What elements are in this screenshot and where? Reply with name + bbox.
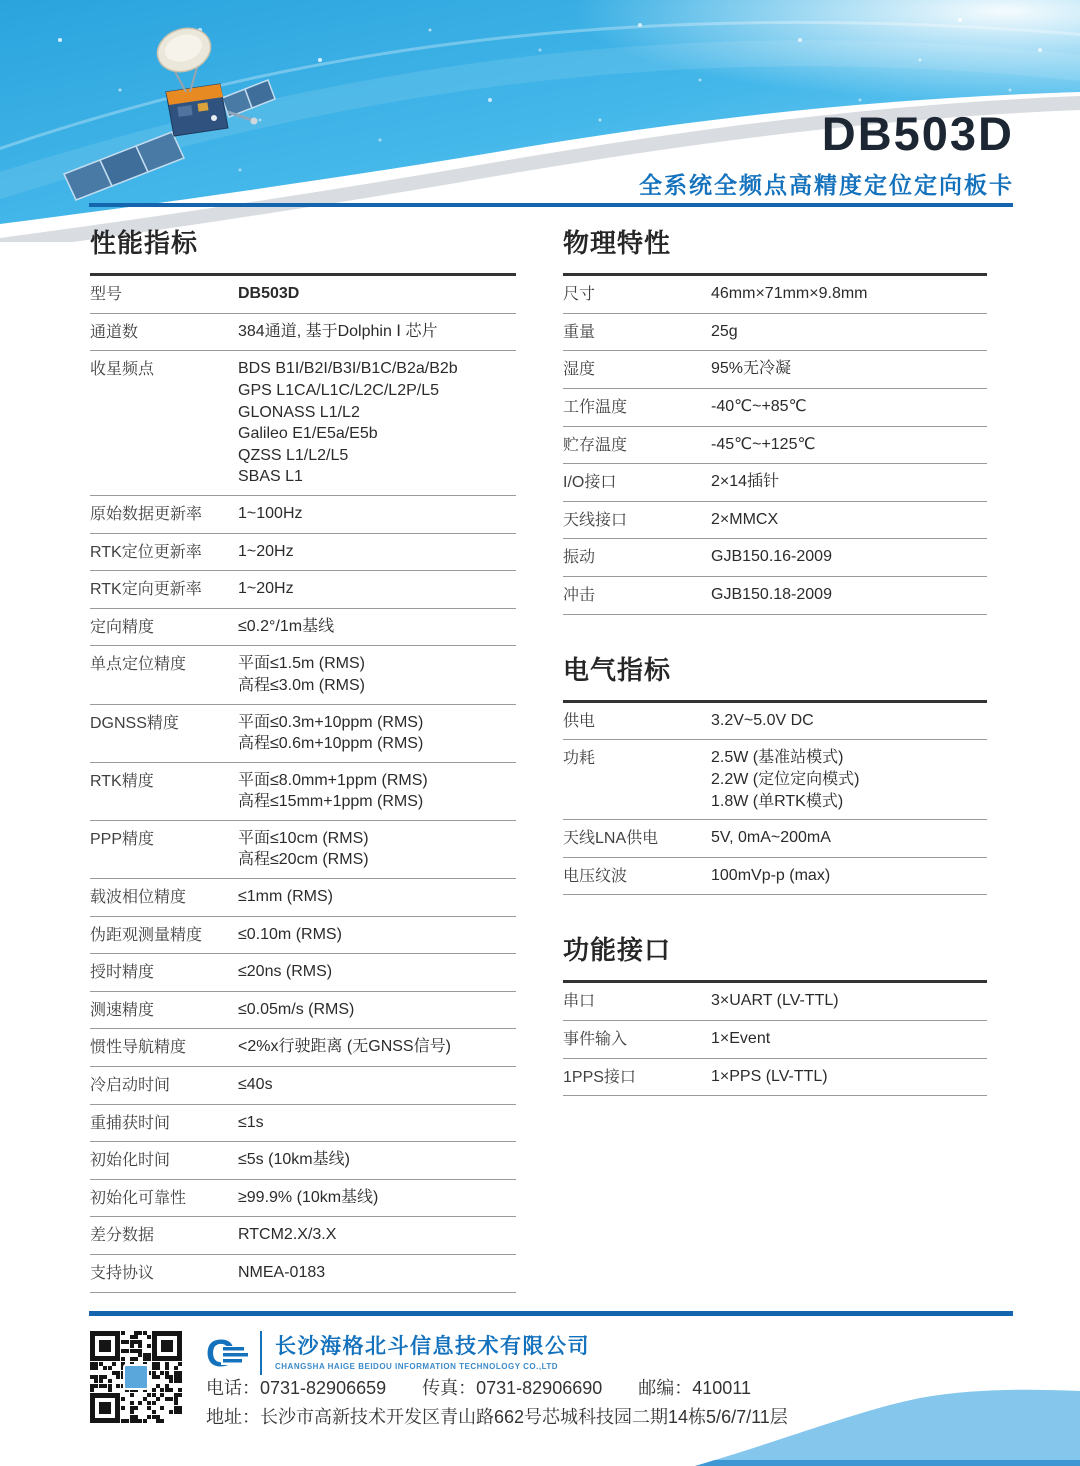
spec-value: DB503D [238, 283, 299, 305]
spec-label: 1PPS接口 [563, 1066, 711, 1089]
phone-label: 电话： [206, 1378, 260, 1398]
qr-module [121, 1340, 125, 1344]
table-row: 型号DB503D [90, 276, 516, 314]
company-name-en: CHANGSHA HAIGE BEIDOU INFORMATION TECHNO… [275, 1362, 590, 1371]
qr-module [165, 1371, 169, 1375]
table-row: 定向精度≤0.2°/1m基线 [90, 609, 516, 647]
qr-module [178, 1393, 182, 1397]
spec-label: 供电 [563, 710, 711, 733]
spec-label: PPP精度 [90, 828, 238, 851]
spec-label: 初始化可靠性 [90, 1187, 238, 1210]
qr-module [147, 1335, 151, 1339]
table-row: 重捕获时间≤1s [90, 1105, 516, 1143]
qr-module [174, 1379, 178, 1383]
logo-divider [260, 1331, 262, 1375]
qr-module [94, 1375, 98, 1379]
spec-value: 3×UART (LV-TTL) [711, 990, 839, 1012]
qr-module [108, 1366, 112, 1370]
qr-module [178, 1406, 182, 1410]
qr-module [130, 1393, 134, 1397]
company-logo-row: G 长沙海格北斗信息技术有限公司 CHANGSHA HAIGE BEIDOU I… [206, 1328, 590, 1378]
spec-value: ≤0.2°/1m基线 [238, 616, 334, 638]
qr-module [103, 1375, 107, 1379]
qr-module [147, 1353, 151, 1357]
qr-module [125, 1340, 129, 1344]
spec-value: 1~20Hz [238, 578, 294, 600]
table-row: 差分数据RTCM2.X/3.X [90, 1217, 516, 1255]
spec-label: 天线接口 [563, 509, 711, 532]
section-title-interfaces: 功能接口 [563, 935, 987, 966]
qr-module [121, 1357, 125, 1361]
spec-value: -40℃~+85℃ [711, 396, 807, 418]
table-row: RTK精度平面≤8.0mm+1ppm (RMS) 高程≤15mm+1ppm (R… [90, 763, 516, 821]
qr-code [90, 1331, 182, 1423]
qr-module [147, 1357, 151, 1361]
spec-value: 平面≤10cm (RMS) 高程≤20cm (RMS) [238, 828, 369, 871]
spec-label: 初始化时间 [90, 1149, 238, 1172]
qr-module [156, 1362, 160, 1366]
table-row: RTK定位更新率1~20Hz [90, 534, 516, 572]
spec-value: 1×Event [711, 1028, 770, 1050]
qr-module [94, 1379, 98, 1383]
qr-module [174, 1406, 178, 1410]
spec-value: 2×MMCX [711, 509, 778, 531]
table-row: RTK定向更新率1~20Hz [90, 571, 516, 609]
table-row: DGNSS精度平面≤0.3m+10ppm (RMS) 高程≤0.6m+10ppm… [90, 705, 516, 763]
qr-module [90, 1366, 94, 1370]
qr-module [160, 1371, 164, 1375]
qr-module [165, 1362, 169, 1366]
spec-value: <2%x行驶距离 (无GNSS信号) [238, 1036, 451, 1058]
qr-module [99, 1375, 103, 1379]
qr-module [99, 1362, 103, 1366]
table-row: 天线LNA供电5V, 0mA~200mA [563, 820, 987, 858]
address-label: 地址： [206, 1407, 260, 1427]
table-row: 天线接口2×MMCX [563, 502, 987, 540]
qr-module [130, 1401, 134, 1405]
spec-label: 天线LNA供电 [563, 827, 711, 850]
spec-value: NMEA-0183 [238, 1262, 325, 1284]
spec-label: RTK定向更新率 [90, 578, 238, 601]
qr-module [138, 1419, 142, 1423]
qr-module [165, 1397, 169, 1401]
qr-module [99, 1384, 103, 1388]
table-row: 通道数384通道, 基于Dolphin Ⅰ 芯片 [90, 314, 516, 352]
spec-value: 25g [711, 321, 738, 343]
qr-module [130, 1410, 134, 1414]
spec-value: 2×14插针 [711, 471, 779, 493]
qr-module [165, 1384, 169, 1388]
qr-module [169, 1388, 173, 1392]
table-row: 冲击GJB150.18-2009 [563, 577, 987, 615]
qr-module [130, 1344, 134, 1348]
qr-finder [90, 1331, 120, 1361]
title-block: DB503D 全系统全频点高精度定位定向板卡 [639, 110, 1014, 200]
spec-value: 1~100Hz [238, 503, 303, 525]
qr-module [94, 1384, 98, 1388]
qr-module [165, 1375, 169, 1379]
spec-label: 工作温度 [563, 396, 711, 419]
spec-label: 型号 [90, 283, 238, 306]
qr-module [121, 1406, 125, 1410]
table-row: 初始化时间≤5s (10km基线) [90, 1142, 516, 1180]
qr-module [178, 1410, 182, 1414]
qr-module [174, 1410, 178, 1414]
spec-value: ≤0.05m/s (RMS) [238, 999, 354, 1021]
qr-module [116, 1384, 120, 1388]
qr-module [169, 1410, 173, 1414]
qr-module [125, 1349, 129, 1353]
qr-module [156, 1384, 160, 1388]
spec-value: 1~20Hz [238, 541, 294, 563]
spec-value: GJB150.16-2009 [711, 546, 832, 568]
table-row: 振动GJB150.16-2009 [563, 539, 987, 577]
section-title-physical: 物理特性 [563, 228, 987, 259]
qr-module [152, 1388, 156, 1392]
spec-value: 5V, 0mA~200mA [711, 827, 831, 849]
qr-module [160, 1406, 164, 1410]
spec-label: 事件输入 [563, 1028, 711, 1051]
qr-module [147, 1344, 151, 1348]
spec-label: 尺寸 [563, 283, 711, 306]
qr-module [147, 1415, 151, 1419]
qr-module [116, 1371, 120, 1375]
spec-label: RTK定位更新率 [90, 541, 238, 564]
interfaces-table: 串口3×UART (LV-TTL)事件输入1×Event1PPS接口1×PPS … [563, 980, 987, 1096]
qr-module [121, 1349, 125, 1353]
qr-module [156, 1397, 160, 1401]
qr-module [174, 1375, 178, 1379]
spec-label: 冷启动时间 [90, 1074, 238, 1097]
qr-module [134, 1331, 138, 1335]
qr-module [90, 1375, 94, 1379]
qr-module [156, 1375, 160, 1379]
table-row: 供电3.2V~5.0V DC [563, 703, 987, 741]
qr-module [134, 1419, 138, 1423]
qr-module [130, 1357, 134, 1361]
spec-label: 重捕获时间 [90, 1112, 238, 1135]
qr-module [134, 1340, 138, 1344]
qr-module [143, 1353, 147, 1357]
qr-module [152, 1410, 156, 1414]
spec-label: 测速精度 [90, 999, 238, 1022]
spec-label: I/O接口 [563, 471, 711, 494]
spec-value: ≤20ns (RMS) [238, 961, 332, 983]
qr-module [138, 1353, 142, 1357]
spec-label: 重量 [563, 321, 711, 344]
qr-module [130, 1415, 134, 1419]
table-row: 工作温度-40℃~+85℃ [563, 389, 987, 427]
table-row: 功耗2.5W (基准站模式) 2.2W (定位定向模式) 1.8W (单RTK模… [563, 740, 987, 820]
qr-module [178, 1379, 182, 1383]
table-row: 尺寸46mm×71mm×9.8mm [563, 276, 987, 314]
qr-module [90, 1388, 94, 1392]
section-title-performance: 性能指标 [90, 228, 516, 259]
spec-value: 平面≤8.0mm+1ppm (RMS) 高程≤15mm+1ppm (RMS) [238, 770, 428, 813]
phone-value: 0731-82906659 [260, 1378, 386, 1398]
spec-value: ≤5s (10km基线) [238, 1149, 350, 1171]
qr-finder [90, 1393, 120, 1423]
footer-divider [89, 1311, 1013, 1316]
qr-module [152, 1375, 156, 1379]
spec-value: ≥99.9% (10km基线) [238, 1187, 378, 1209]
spec-label: 振动 [563, 546, 711, 569]
qr-module [169, 1379, 173, 1383]
qr-module [152, 1393, 156, 1397]
qr-module [152, 1415, 156, 1419]
table-row: 贮存温度-45℃~+125℃ [563, 427, 987, 465]
spec-value: 100mVp-p (max) [711, 865, 830, 887]
qr-module [108, 1388, 112, 1392]
qr-module [90, 1362, 94, 1366]
qr-module [165, 1366, 169, 1370]
spec-label: 收星频点 [90, 358, 238, 381]
qr-module [125, 1419, 129, 1423]
specs-column: 物理特性 尺寸46mm×71mm×9.8mm重量25g湿度95%无冷凝工作温度-… [563, 228, 987, 1096]
table-row: I/O接口2×14插针 [563, 464, 987, 502]
qr-module [152, 1362, 156, 1366]
spec-label: 功耗 [563, 747, 711, 770]
section-title-electrical: 电气指标 [563, 655, 987, 686]
table-row: 测速精度≤0.05m/s (RMS) [90, 992, 516, 1030]
spec-label: 授时精度 [90, 961, 238, 984]
qr-module [90, 1384, 94, 1388]
spec-value: 2.5W (基准站模式) 2.2W (定位定向模式) 1.8W (单RTK模式) [711, 747, 859, 812]
spec-value: 平面≤1.5m (RMS) 高程≤3.0m (RMS) [238, 653, 365, 696]
qr-module [134, 1349, 138, 1353]
qr-module [112, 1362, 116, 1366]
qr-module [174, 1393, 178, 1397]
table-row: 1PPS接口1×PPS (LV-TTL) [563, 1059, 987, 1097]
qr-module [143, 1419, 147, 1423]
bottom-wave-art [560, 1388, 1080, 1466]
qr-module [108, 1379, 112, 1383]
spec-label: 单点定位精度 [90, 653, 238, 676]
qr-module [134, 1415, 138, 1419]
spec-label: 电压纹波 [563, 865, 711, 888]
spec-label: 定向精度 [90, 616, 238, 639]
table-row: 冷启动时间≤40s [90, 1067, 516, 1105]
table-row: 单点定位精度平面≤1.5m (RMS) 高程≤3.0m (RMS) [90, 646, 516, 704]
qr-module [178, 1375, 182, 1379]
qr-module [134, 1357, 138, 1361]
qr-module [160, 1388, 164, 1392]
qr-module [156, 1419, 160, 1423]
qr-module [178, 1362, 182, 1366]
qr-module [174, 1371, 178, 1375]
table-row: 重量25g [563, 314, 987, 352]
table-row: 电压纹波100mVp-p (max) [563, 858, 987, 896]
qr-module [165, 1388, 169, 1392]
table-row: 初始化可靠性≥99.9% (10km基线) [90, 1180, 516, 1218]
qr-module [130, 1340, 134, 1344]
spec-value: 平面≤0.3m+10ppm (RMS) 高程≤0.6m+10ppm (RMS) [238, 712, 423, 755]
product-subtitle: 全系统全频点高精度定位定向板卡 [639, 167, 1014, 200]
table-row: 载波相位精度≤1mm (RMS) [90, 879, 516, 917]
qr-module [108, 1384, 112, 1388]
qr-module [138, 1344, 142, 1348]
spec-label: 通道数 [90, 321, 238, 344]
table-row: 支持协议NMEA-0183 [90, 1255, 516, 1293]
qr-module [147, 1393, 151, 1397]
spec-value: 95%无冷凝 [711, 358, 791, 380]
spec-value: 3.2V~5.0V DC [711, 710, 814, 732]
spec-label: 载波相位精度 [90, 886, 238, 909]
qr-module [138, 1340, 142, 1344]
qr-module [94, 1362, 98, 1366]
qr-module [138, 1349, 142, 1353]
qr-module [147, 1401, 151, 1405]
spec-value: ≤0.10m (RMS) [238, 924, 342, 946]
spec-label: 原始数据更新率 [90, 503, 238, 526]
qr-finder-inner [161, 1340, 173, 1352]
qr-module [152, 1366, 156, 1370]
qr-finder-inner [99, 1402, 111, 1414]
table-row: 串口3×UART (LV-TTL) [563, 983, 987, 1021]
spec-value: 1×PPS (LV-TTL) [711, 1066, 828, 1088]
table-row: 伪距观测量精度≤0.10m (RMS) [90, 917, 516, 955]
company-name-cn: 长沙海格北斗信息技术有限公司 [275, 1335, 590, 1358]
spec-label: 湿度 [563, 358, 711, 381]
qr-module [121, 1419, 125, 1423]
electrical-table: 供电3.2V~5.0V DC功耗2.5W (基准站模式) 2.2W (定位定向模… [563, 700, 987, 896]
qr-module [147, 1406, 151, 1410]
qr-module [103, 1366, 107, 1370]
qr-module [138, 1331, 142, 1335]
spec-value: ≤1s [238, 1112, 264, 1134]
qr-module [116, 1375, 120, 1379]
spec-value: 46mm×71mm×9.8mm [711, 283, 868, 305]
performance-table: 型号DB503D通道数384通道, 基于Dolphin Ⅰ 芯片收星频点BDS … [90, 273, 516, 1292]
spec-value: GJB150.18-2009 [711, 584, 832, 606]
table-row: PPP精度平面≤10cm (RMS) 高程≤20cm (RMS) [90, 821, 516, 879]
qr-module [134, 1406, 138, 1410]
table-row: 湿度95%无冷凝 [563, 351, 987, 389]
qr-module [143, 1357, 147, 1361]
qr-module [174, 1366, 178, 1370]
qr-module [152, 1371, 156, 1375]
spec-label: 惯性导航精度 [90, 1036, 238, 1059]
qr-module [130, 1335, 134, 1339]
spec-label: DGNSS精度 [90, 712, 238, 735]
qr-module [169, 1375, 173, 1379]
spec-label: 贮存温度 [563, 434, 711, 457]
spec-label: 冲击 [563, 584, 711, 607]
qr-module [103, 1384, 107, 1388]
spec-label: 串口 [563, 990, 711, 1013]
fax-label: 传真： [422, 1378, 476, 1398]
page-title: DB503D [639, 110, 1014, 157]
qr-module [134, 1335, 138, 1339]
spec-value: BDS B1I/B2I/B3I/B1C/B2a/B2b GPS L1CA/L1C… [238, 358, 458, 488]
qr-module [152, 1401, 156, 1405]
header-divider [89, 203, 1013, 207]
qr-module [156, 1366, 160, 1370]
qr-center-emblem [123, 1364, 149, 1390]
qr-module [121, 1331, 125, 1335]
table-row: 授时精度≤20ns (RMS) [90, 954, 516, 992]
qr-module [174, 1401, 178, 1405]
qr-module [130, 1406, 134, 1410]
qr-module [174, 1397, 178, 1401]
table-row: 原始数据更新率1~100Hz [90, 496, 516, 534]
spec-label: 支持协议 [90, 1262, 238, 1285]
spec-value: ≤40s [238, 1074, 273, 1096]
qr-module [160, 1393, 164, 1397]
qr-module [143, 1331, 147, 1335]
qr-module [156, 1415, 160, 1419]
qr-module [178, 1388, 182, 1392]
qr-module [94, 1366, 98, 1370]
spec-value: ≤1mm (RMS) [238, 886, 333, 908]
spec-value: 384通道, 基于Dolphin Ⅰ 芯片 [238, 321, 437, 343]
table-row: 收星频点BDS B1I/B2I/B3I/B1C/B2a/B2b GPS L1CA… [90, 351, 516, 496]
spec-value: -45℃~+125℃ [711, 434, 815, 456]
qr-module [121, 1397, 125, 1401]
qr-module [143, 1397, 147, 1401]
table-row: 惯性导航精度<2%x行驶距离 (无GNSS信号) [90, 1029, 516, 1067]
spec-value: RTCM2.X/3.X [238, 1224, 336, 1246]
qr-module [178, 1371, 182, 1375]
qr-module [130, 1419, 134, 1423]
qr-module [169, 1397, 173, 1401]
datasheet-page: DB503D 全系统全频点高精度定位定向板卡 性能指标 型号DB503D通道数3… [0, 0, 1080, 1466]
spec-label: 差分数据 [90, 1224, 238, 1247]
spec-label: RTK精度 [90, 770, 238, 793]
company-logo-icon: G [206, 1333, 250, 1373]
company-name-block: 长沙海格北斗信息技术有限公司 CHANGSHA HAIGE BEIDOU INF… [275, 1335, 590, 1371]
qr-module [138, 1401, 142, 1405]
qr-finder-inner [99, 1340, 111, 1352]
performance-column: 性能指标 型号DB503D通道数384通道, 基于Dolphin Ⅰ 芯片收星频… [90, 228, 516, 1293]
qr-module [112, 1371, 116, 1375]
qr-module [160, 1419, 164, 1423]
spec-label: 伪距观测量精度 [90, 924, 238, 947]
qr-module [99, 1379, 103, 1383]
qr-finder [152, 1331, 182, 1361]
phone-item: 电话：0731-82906659 [206, 1374, 386, 1400]
table-row: 事件输入1×Event [563, 1021, 987, 1059]
physical-table: 尺寸46mm×71mm×9.8mm重量25g湿度95%无冷凝工作温度-40℃~+… [563, 273, 987, 614]
qr-module [130, 1349, 134, 1353]
